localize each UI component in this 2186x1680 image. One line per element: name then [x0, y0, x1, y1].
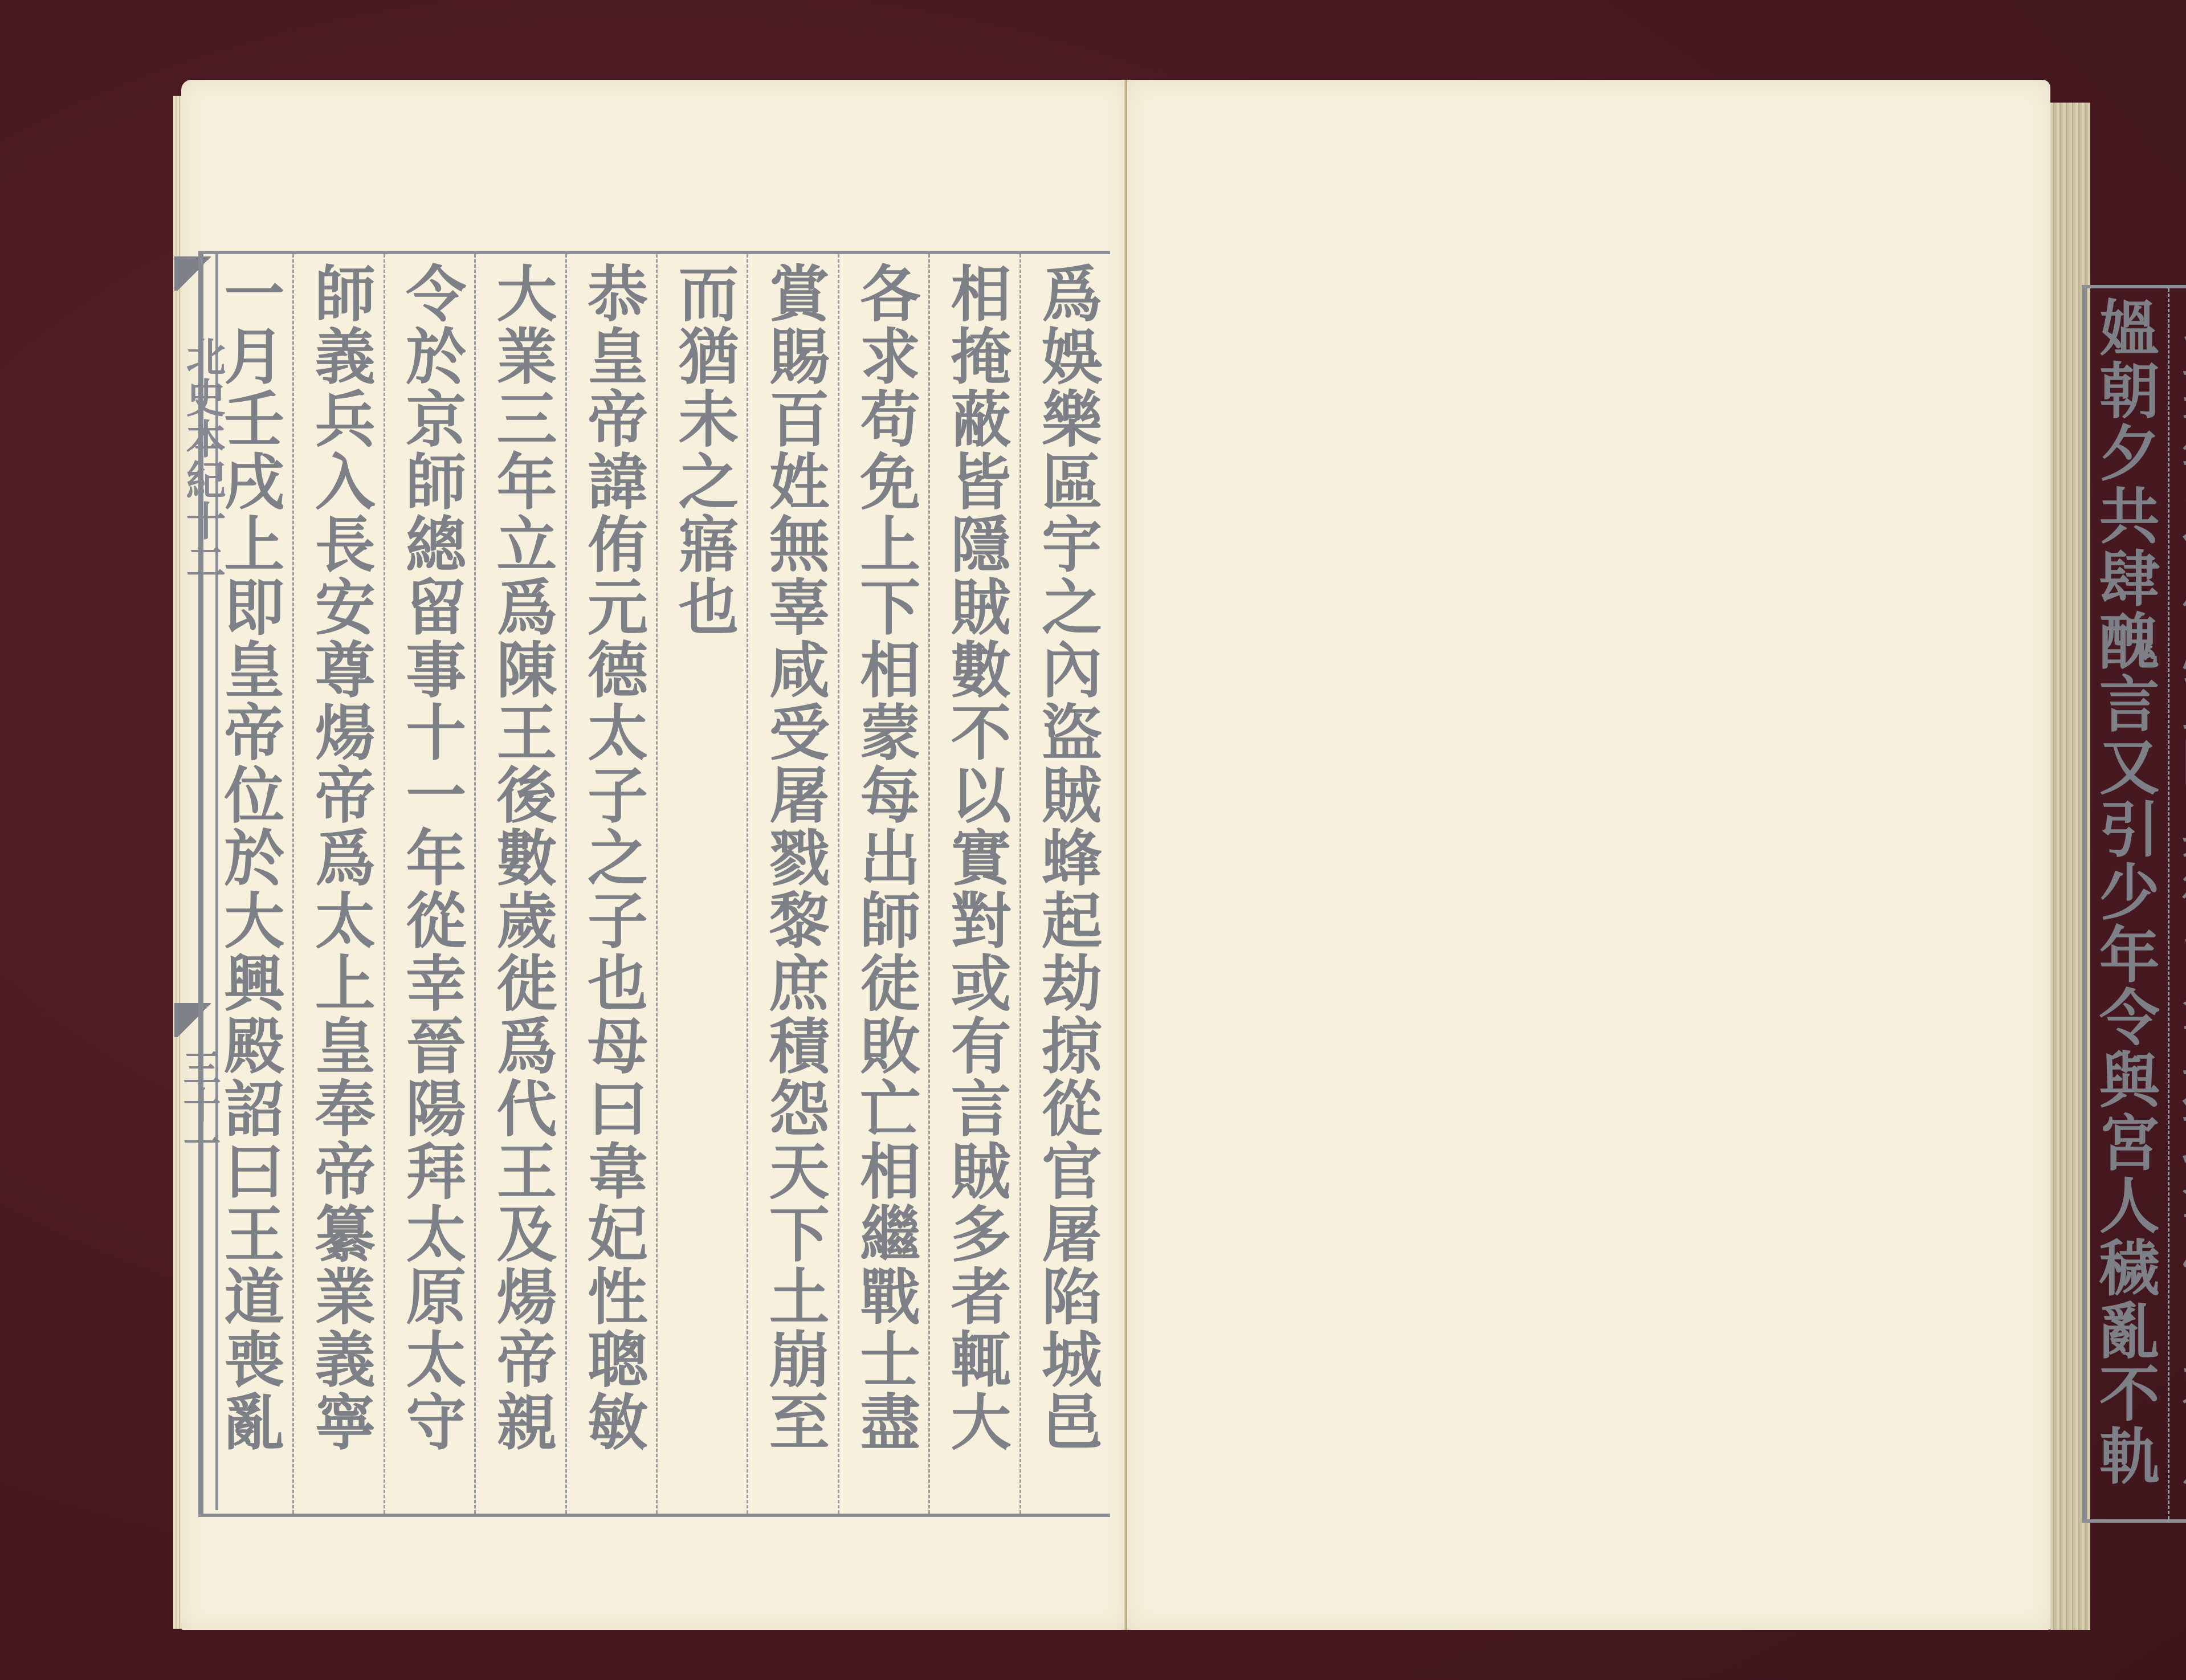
text-column: 一月壬戌上即皇帝位於大興殿詔曰王道喪亂天步不 [198, 254, 292, 1514]
text-column: 大業三年立爲陳王後數歲徙爲代王及煬帝親征遼東 [474, 254, 565, 1514]
left-page: 北史本紀十二 三十一 爲娛樂區宇之內盜賊蜂起劫掠從官屠陷城邑近臣互 相掩蔽皆隱賊… [181, 80, 1127, 1630]
left-columns: 爲娛樂區宇之內盜賊蜂起劫掠從官屠陷城邑近臣互 相掩蔽皆隱賊數不以實對或有言賊多者… [198, 254, 1110, 1514]
right-page: 國多務日不暇給帝方驕怠惡聞政事寃屈不理奏請罕 決又猜忌臣下無所專任朝臣有不合意者… [1127, 80, 2050, 1630]
right-columns: 國多務日不暇給帝方驕怠惡聞政事寃屈不理奏請罕 決又猜忌臣下無所專任朝臣有不合意者… [2082, 288, 2186, 1519]
text-column: 令於京師總留事十一年從幸晉陽拜太原太守尋鎮京 [384, 254, 474, 1514]
text-column: 爲娛樂區宇之內盜賊蜂起劫掠從官屠陷城邑近臣互 [1019, 254, 1110, 1514]
right-text-frame: 國多務日不暇給帝方驕怠惡聞政事寃屈不理奏請罕 決又猜忌臣下無所專任朝臣有不合意者… [2082, 285, 2186, 1523]
text-column: 恭皇帝諱侑元德太子之子也母曰韋妃性聰敏有氣度 [565, 254, 656, 1514]
text-column: 媼朝夕共肆醜言又引少年令與宮人穢亂不軌不遜以 [2082, 288, 2168, 1519]
open-book: 北史本紀十二 三十一 爲娛樂區宇之內盜賊蜂起劫掠從官屠陷城邑近臣互 相掩蔽皆隱賊… [181, 80, 2087, 1630]
text-column: 收數年之賦所至唯與後宮流連耽湎惟日不足招迎姥 [2168, 288, 2186, 1519]
text-column: 各求苟免上下相蒙每出師徒敗亡相繼戰士盡力不加 [838, 254, 928, 1514]
text-column: 相掩蔽皆隱賊數不以實對或有言賊多者輒大被詰責 [928, 254, 1019, 1514]
left-text-frame: 爲娛樂區宇之內盜賊蜂起劫掠從官屠陷城邑近臣互 相掩蔽皆隱賊數不以實對或有言賊多者… [198, 251, 1110, 1517]
text-column: 賞賜百姓無辜咸受屠戮黎庶積怨天下土崩至於就禽 [747, 254, 837, 1514]
text-column: 師義兵入長安尊煬帝爲太上皇奉帝纂業義寧元年十 [292, 254, 383, 1514]
text-column: 而猶未之寤也 [656, 254, 747, 1514]
